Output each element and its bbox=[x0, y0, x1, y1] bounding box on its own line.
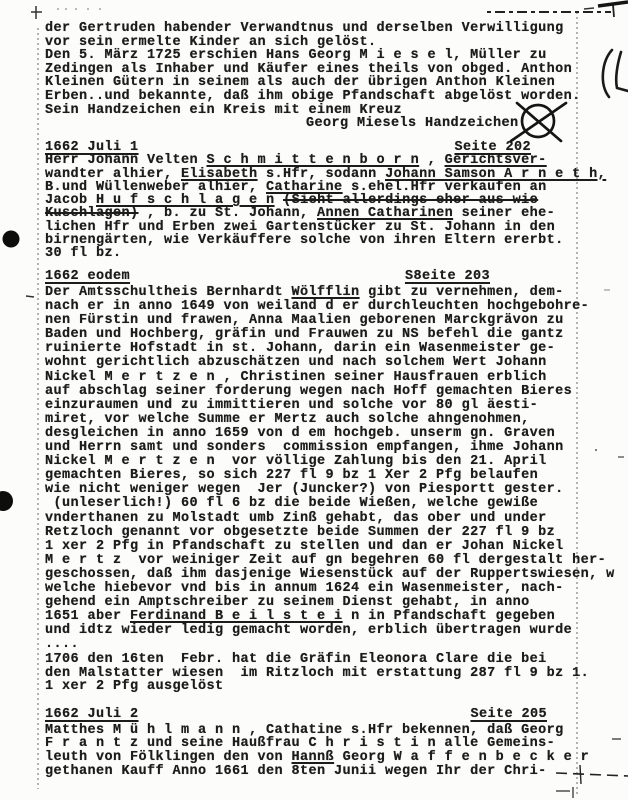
text-line: nen Fürstin und frawen, Anna Maalien geb… bbox=[45, 314, 628, 328]
underlined-text-segment: Hannß bbox=[292, 750, 335, 765]
text-line: vor sein ermelte Kinder an sich gelöst. bbox=[45, 36, 628, 50]
corner-dash bbox=[584, 8, 594, 9]
text-line: B.und Wüllenweber alhier, Catharine s.eh… bbox=[45, 181, 628, 194]
text-line: wie nicht weniger wegen Jer (Juncker?) v… bbox=[45, 483, 628, 497]
text-line: leuth von Fölklingen den von Hannß Georg… bbox=[45, 751, 628, 765]
text-segment: F r a n t z und seine Haußfrau C h r i s… bbox=[45, 736, 555, 751]
text-line: den Malstatter wiesen im Ritzloch mit er… bbox=[45, 667, 628, 681]
text-line: wohnt gerichtlich abzuschätzen und nach … bbox=[45, 356, 628, 370]
text-segment: gehend ein Amptschreiber zu seinem Diens… bbox=[45, 595, 530, 610]
text-line: desgleichen in anno 1659 von d em hochge… bbox=[45, 427, 628, 441]
text-block-entry-1662-juli-2: 1662 Juli 2 Seite 205 Matthes M ü h l m … bbox=[45, 708, 628, 779]
text-segment: 1 xer 2 Pfg in Pfandschaft zu stellen un… bbox=[45, 539, 564, 554]
text-line: Nickel M e r t z e n vor völlige Zahlung… bbox=[45, 455, 628, 469]
entry-date: 1662 Juli 2 bbox=[45, 708, 139, 724]
text-line: und Herrn samt und sonders commission em… bbox=[45, 441, 628, 455]
text-line: Sein Handzeichen ein Kreis mit einem Kre… bbox=[45, 104, 628, 118]
text-line: (unleserlich!) 60 fl 6 bz die beide Wieß… bbox=[45, 497, 628, 511]
text-segment: wie nicht weniger wegen Jer (Juncker?) v… bbox=[45, 482, 564, 497]
text-segment: gemachten Bieres, so sich 227 fl 9 bz 1 … bbox=[45, 468, 538, 483]
text-segment: gibt zu vernehmen, dem- bbox=[360, 285, 564, 300]
text-segment: Nickel M e r t z e n , Christinen seiner… bbox=[45, 370, 547, 385]
text-line: einzuraumen und zu immittieren und solch… bbox=[45, 399, 628, 413]
text-line: Erben..und bekannte, daß ihm obige Pfand… bbox=[45, 90, 628, 104]
text-segment: Baden und Hochberg, gräfin und Frauwen z… bbox=[45, 327, 564, 342]
entry-heading-row: 1662 eodem S8eite 203 bbox=[45, 270, 628, 286]
text-line: gehend ein Amptschreiber zu seinem Diens… bbox=[45, 596, 628, 610]
text-segment: .... bbox=[45, 637, 79, 652]
text-line: und idtz wieder ledig gemacht worden, er… bbox=[45, 624, 628, 638]
text-line: 1706 den 16ten Febr. hat die Gräfin Eleo… bbox=[45, 653, 628, 667]
text-line: Zedingen als Inhaber und Käufer eines th… bbox=[45, 63, 628, 77]
text-line: Herr Johann Velten S c h m i t t e n b o… bbox=[45, 154, 628, 167]
text-line: lichen Hfr und Erben zwei Gartenstücker … bbox=[45, 221, 628, 234]
scan-noise-dots bbox=[57, 8, 101, 10]
text-segment: miret, vor welche Summe er Mertz auch so… bbox=[45, 412, 530, 427]
text-segment: n in Pfandschaft gegeben bbox=[343, 609, 556, 624]
text-line: 1 xer 2 Pfg ausgelöst bbox=[45, 680, 628, 694]
text-segment: auf abschlag seiner forderung wegen nach… bbox=[45, 384, 572, 399]
text-block-entry-1662-juli-1: 1662 Juli 1 Seite 202 Herr Johann Velten… bbox=[45, 141, 628, 261]
page-reference: Seite 202 bbox=[454, 141, 531, 154]
page-reference: Seite 205 bbox=[470, 708, 547, 724]
text-segment: (unleserlich!) 60 fl 6 bz die beide Wieß… bbox=[45, 496, 538, 511]
text-line: gemachten Bieres, so sich 227 fl 9 bz 1 … bbox=[45, 469, 628, 483]
page-reference: S8eite 203 bbox=[405, 270, 490, 286]
text-segment: und Herrn samt und sonders commission em… bbox=[45, 440, 564, 455]
entry-date: 1662 Juli 1 bbox=[45, 141, 139, 154]
text-segment: Georg Miesels Handzeichen bbox=[306, 116, 519, 131]
text-segment: gethanen Kauff Anno 1661 den 8ten Junii … bbox=[45, 764, 547, 779]
text-line: Nickel M e r t z e n , Christinen seiner… bbox=[45, 371, 628, 385]
text-segment: leuth von Fölklingen den von bbox=[45, 750, 292, 765]
text-line: Jacob H u f s c h l a g e n (Sieht aller… bbox=[45, 194, 628, 207]
text-line: Kleinen Gütern in seinem als auch der üb… bbox=[45, 76, 628, 90]
text-line: vnderthanen zu Molstadt umb Zinß gehabt,… bbox=[45, 512, 628, 526]
text-segment: Matthes M ü h l m a n n , Cathatine s.Hf… bbox=[45, 723, 564, 738]
text-line: miret, vor welche Summe er Mertz auch so… bbox=[45, 413, 628, 427]
text-line: ruinierte Hofstadt in st. Johann, darin … bbox=[45, 342, 628, 356]
text-segment: birnengärten, wie Verkäuffere solche von… bbox=[45, 233, 564, 248]
text-line: F r a n t z und seine Haußfrau C h r i s… bbox=[45, 737, 628, 751]
text-segment: einzuraumen und zu immittieren und solch… bbox=[45, 398, 538, 413]
text-segment: desgleichen in anno 1659 von d em hochge… bbox=[45, 426, 555, 441]
text-line: der Gertruden habender Verwandtnus und d… bbox=[45, 22, 628, 36]
text-line: M e r t z vor weiniger Zeit auf gn begeh… bbox=[45, 554, 628, 568]
text-line: Matthes M ü h l m a n n , Cathatine s.Hf… bbox=[45, 724, 628, 738]
text-segment: 30 fl bz. bbox=[45, 246, 122, 261]
left-margin-dash bbox=[26, 296, 34, 297]
text-line: auf abschlag seiner forderung wegen nach… bbox=[45, 385, 628, 399]
text-segment: 1651 aber bbox=[45, 609, 130, 624]
hole-punch-icon bbox=[0, 491, 13, 511]
text-line: Der Amtsschultheis Bernhardt Wölfflin gi… bbox=[45, 286, 628, 300]
text-line: Den 5. März 1725 erschien Hans Georg M i… bbox=[45, 49, 628, 63]
text-line: birnengärten, wie Verkäuffere solche von… bbox=[45, 234, 628, 247]
text-block-intro: der Gertruden habender Verwandtnus und d… bbox=[45, 22, 628, 131]
text-segment: vnderthanen zu Molstadt umb Zinß gehabt,… bbox=[45, 511, 547, 526]
text-block-entry-1662-eodem: 1662 eodem S8eite 203 Der Amtsschultheis… bbox=[45, 270, 628, 652]
text-segment: wohnt gerichtlich abzuschätzen und nach … bbox=[45, 355, 547, 370]
text-line: .... bbox=[45, 638, 628, 652]
text-line: gethanen Kauff Anno 1661 den 8ten Junii … bbox=[45, 765, 628, 779]
corner-smudge-mark bbox=[598, 2, 628, 6]
text-segment: 1 xer 2 Pfg ausgelöst bbox=[45, 679, 224, 694]
text-line: nach er in anno 1649 von weiland d er du… bbox=[45, 300, 628, 314]
scanned-document-page: der Gertruden habender Verwandtnus und d… bbox=[0, 0, 628, 800]
underlined-text-segment: Wölfflin bbox=[292, 285, 360, 300]
hole-punch-icon bbox=[3, 231, 20, 248]
text-line: 1651 aber Ferdinand B e i l s t e i n in… bbox=[45, 610, 628, 624]
text-line: 30 fl bz. bbox=[45, 247, 628, 260]
text-segment: ruinierte Hofstadt in st. Johann, darin … bbox=[45, 341, 555, 356]
text-line: Baden und Hochberg, gräfin und Frauwen z… bbox=[45, 328, 628, 342]
text-line: welche hiebevor vnd bis in annum 1624 ei… bbox=[45, 582, 628, 596]
entry-heading-row: 1662 Juli 1 Seite 202 bbox=[45, 141, 628, 154]
top-border-tick bbox=[613, 5, 614, 17]
text-segment: Retzloch genannt vor obgesetzte beide Su… bbox=[45, 525, 555, 540]
text-line: Georg Miesels Handzeichen bbox=[306, 117, 628, 131]
text-segment: und idtz wieder ledig gemacht worden, er… bbox=[45, 623, 572, 638]
underlined-text-segment: Ferdinand B e i l s t e i bbox=[130, 609, 343, 624]
text-segment: Der Amtsschultheis Bernhardt bbox=[45, 285, 292, 300]
text-block-1706-note: 1706 den 16ten Febr. hat die Gräfin Eleo… bbox=[45, 653, 628, 694]
entry-heading-row: 1662 Juli 2 Seite 205 bbox=[45, 708, 628, 724]
text-segment: nen Fürstin und frawen, Anna Maalien geb… bbox=[45, 313, 564, 328]
text-line: Kuschlagen) , b. zu St. Johann, Annen Ca… bbox=[45, 207, 628, 220]
text-line: wandter alhier, Elisabeth s.Hfr, sodann … bbox=[45, 168, 628, 181]
text-segment: geschossen, daß ihm dasjenige Wiesenstüc… bbox=[45, 567, 615, 582]
text-segment: Georg W a f f e n b e c k e r bbox=[334, 750, 589, 765]
text-segment: nach er in anno 1649 von weiland d er du… bbox=[45, 299, 589, 314]
text-line: Retzloch genannt vor obgesetzte beide Su… bbox=[45, 526, 628, 540]
text-segment: M e r t z vor weiniger Zeit auf gn begeh… bbox=[45, 553, 606, 568]
text-segment: welche hiebevor vnd bis in annum 1624 ei… bbox=[45, 581, 564, 596]
text-line: geschossen, daß ihm dasjenige Wiesenstüc… bbox=[45, 568, 628, 582]
entry-date: 1662 eodem bbox=[45, 270, 130, 286]
text-line: 1 xer 2 Pfg in Pfandschaft zu stellen un… bbox=[45, 540, 628, 554]
text-segment: Nickel M e r t z e n vor völlige Zahlung… bbox=[45, 454, 547, 469]
